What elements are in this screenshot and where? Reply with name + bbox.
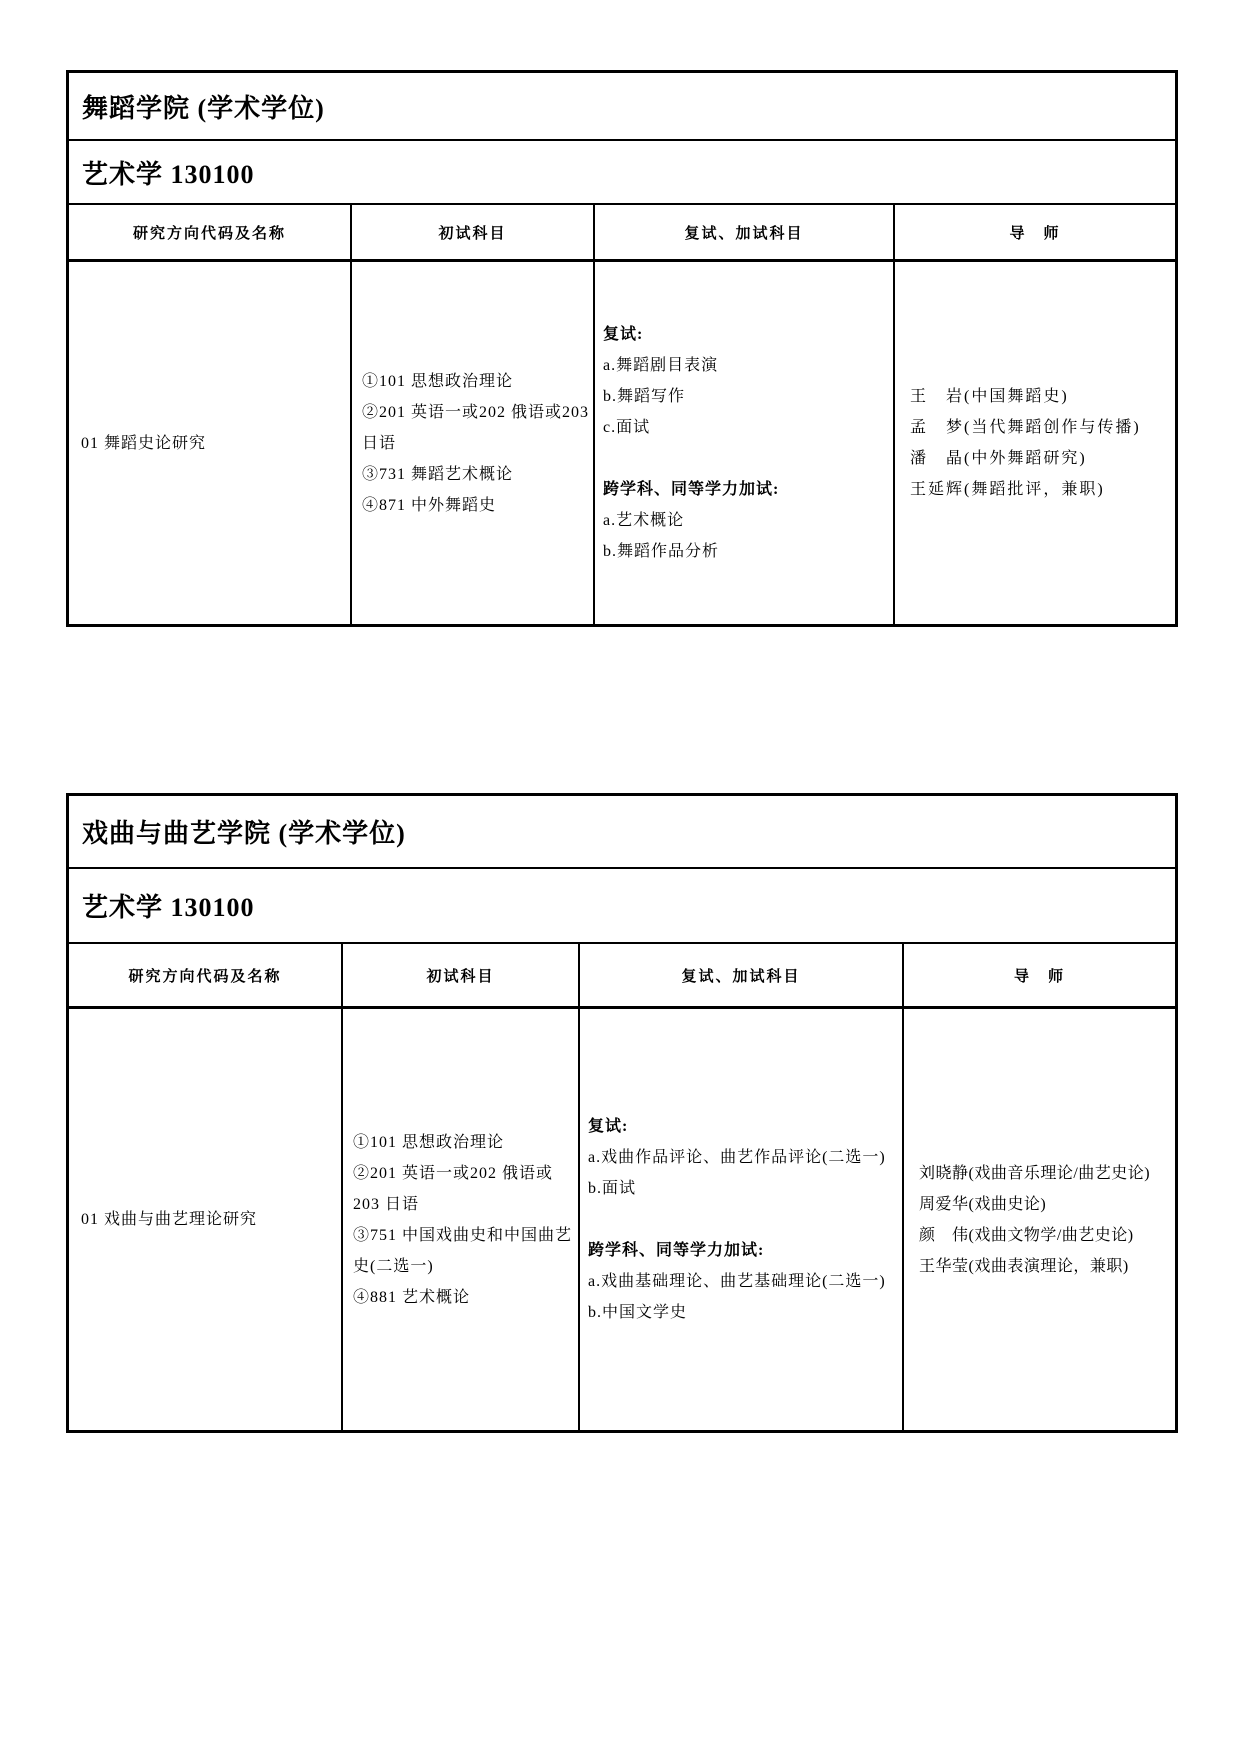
advisor: 孟 梦(当代舞蹈创作与传播) <box>910 412 1169 443</box>
addtest-item: a.戏曲基础理论、曲艺基础理论(二选一) <box>588 1266 898 1297</box>
advisor: 颜 伟(戏曲文物学/曲艺史论) <box>919 1220 1169 1251</box>
dance-academy-table: 舞蹈学院 (学术学位) 艺术学 130100 研究方向代码及名称 初试科目 复试… <box>66 70 1178 627</box>
col-header-retest-subjects: 复试、加试科目 <box>580 944 904 1006</box>
direction-name: 01 舞蹈史论研究 <box>81 428 344 459</box>
initial-subject: ②201 英语一或202 俄语或203 日语 <box>353 1158 574 1220</box>
initial-subject: ①101 思想政治理论 <box>362 366 589 397</box>
retest-item: c.面试 <box>603 412 889 443</box>
advisor: 王 岩(中国舞蹈史) <box>910 381 1169 412</box>
col-header-direction: 研究方向代码及名称 <box>69 205 352 259</box>
col-header-direction: 研究方向代码及名称 <box>69 944 343 1006</box>
academy-title: 戏曲与曲艺学院 (学术学位) <box>69 796 1175 869</box>
addtest-item: b.中国文学史 <box>588 1297 898 1328</box>
initial-subject: ④881 艺术概论 <box>353 1282 574 1313</box>
program-title: 艺术学 130100 <box>69 141 1175 205</box>
initial-subject: ④871 中外舞蹈史 <box>362 490 589 521</box>
direction-cell: 01 戏曲与曲艺理论研究 <box>69 1009 343 1430</box>
initial-subject: ②201 英语一或202 俄语或203 日语 <box>362 397 589 459</box>
col-header-advisors: 导 师 <box>904 944 1175 1006</box>
col-header-retest-subjects: 复试、加试科目 <box>595 205 895 259</box>
table-header-row: 研究方向代码及名称 初试科目 复试、加试科目 导 师 <box>69 944 1175 1009</box>
advisor: 潘 晶(中外舞蹈研究) <box>910 443 1169 474</box>
academy-title: 舞蹈学院 (学术学位) <box>69 73 1175 141</box>
initial-subjects-cell: ①101 思想政治理论 ②201 英语一或202 俄语或203 日语 ③751 … <box>343 1009 580 1430</box>
advisor: 刘晓静(戏曲音乐理论/曲艺史论) <box>919 1158 1169 1189</box>
retest-label: 复试: <box>603 319 889 350</box>
advisor: 王华莹(戏曲表演理论，兼职) <box>919 1251 1169 1282</box>
initial-subject: ③731 舞蹈艺术概论 <box>362 459 589 490</box>
advisors-cell: 刘晓静(戏曲音乐理论/曲艺史论) 周爱华(戏曲史论) 颜 伟(戏曲文物学/曲艺史… <box>904 1009 1175 1430</box>
table-header-row: 研究方向代码及名称 初试科目 复试、加试科目 导 师 <box>69 205 1175 262</box>
advisor: 王延辉(舞蹈批评，兼职) <box>910 474 1169 505</box>
retest-subjects-cell: 复试: a.戏曲作品评论、曲艺作品评论(二选一) b.面试 跨学科、同等学力加试… <box>580 1009 904 1430</box>
table-row: 01 舞蹈史论研究 ①101 思想政治理论 ②201 英语一或202 俄语或20… <box>69 262 1175 624</box>
retest-subjects-cell: 复试: a.舞蹈剧目表演 b.舞蹈写作 c.面试 跨学科、同等学力加试: a.艺… <box>595 262 895 624</box>
table-row: 01 戏曲与曲艺理论研究 ①101 思想政治理论 ②201 英语一或202 俄语… <box>69 1009 1175 1430</box>
program-title: 艺术学 130100 <box>69 869 1175 944</box>
addtest-item: b.舞蹈作品分析 <box>603 536 889 567</box>
initial-subject: ①101 思想政治理论 <box>353 1127 574 1158</box>
direction-name: 01 戏曲与曲艺理论研究 <box>81 1204 335 1235</box>
opera-quyi-academy-table: 戏曲与曲艺学院 (学术学位) 艺术学 130100 研究方向代码及名称 初试科目… <box>66 793 1178 1433</box>
addtest-label: 跨学科、同等学力加试: <box>588 1235 898 1266</box>
advisor: 周爱华(戏曲史论) <box>919 1189 1169 1220</box>
initial-subject: ③751 中国戏曲史和中国曲艺史(二选一) <box>353 1220 574 1282</box>
document-page: 舞蹈学院 (学术学位) 艺术学 130100 研究方向代码及名称 初试科目 复试… <box>0 0 1240 1754</box>
direction-cell: 01 舞蹈史论研究 <box>69 262 352 624</box>
col-header-initial-subjects: 初试科目 <box>343 944 580 1006</box>
addtest-label: 跨学科、同等学力加试: <box>603 474 889 505</box>
retest-item: b.面试 <box>588 1173 898 1204</box>
addtest-item: a.艺术概论 <box>603 505 889 536</box>
initial-subjects-cell: ①101 思想政治理论 ②201 英语一或202 俄语或203 日语 ③731 … <box>352 262 595 624</box>
advisors-cell: 王 岩(中国舞蹈史) 孟 梦(当代舞蹈创作与传播) 潘 晶(中外舞蹈研究) 王延… <box>895 262 1175 624</box>
retest-item: b.舞蹈写作 <box>603 381 889 412</box>
retest-item: a.戏曲作品评论、曲艺作品评论(二选一) <box>588 1142 898 1173</box>
col-header-initial-subjects: 初试科目 <box>352 205 595 259</box>
retest-item: a.舞蹈剧目表演 <box>603 350 889 381</box>
retest-label: 复试: <box>588 1111 898 1142</box>
col-header-advisors: 导 师 <box>895 205 1175 259</box>
